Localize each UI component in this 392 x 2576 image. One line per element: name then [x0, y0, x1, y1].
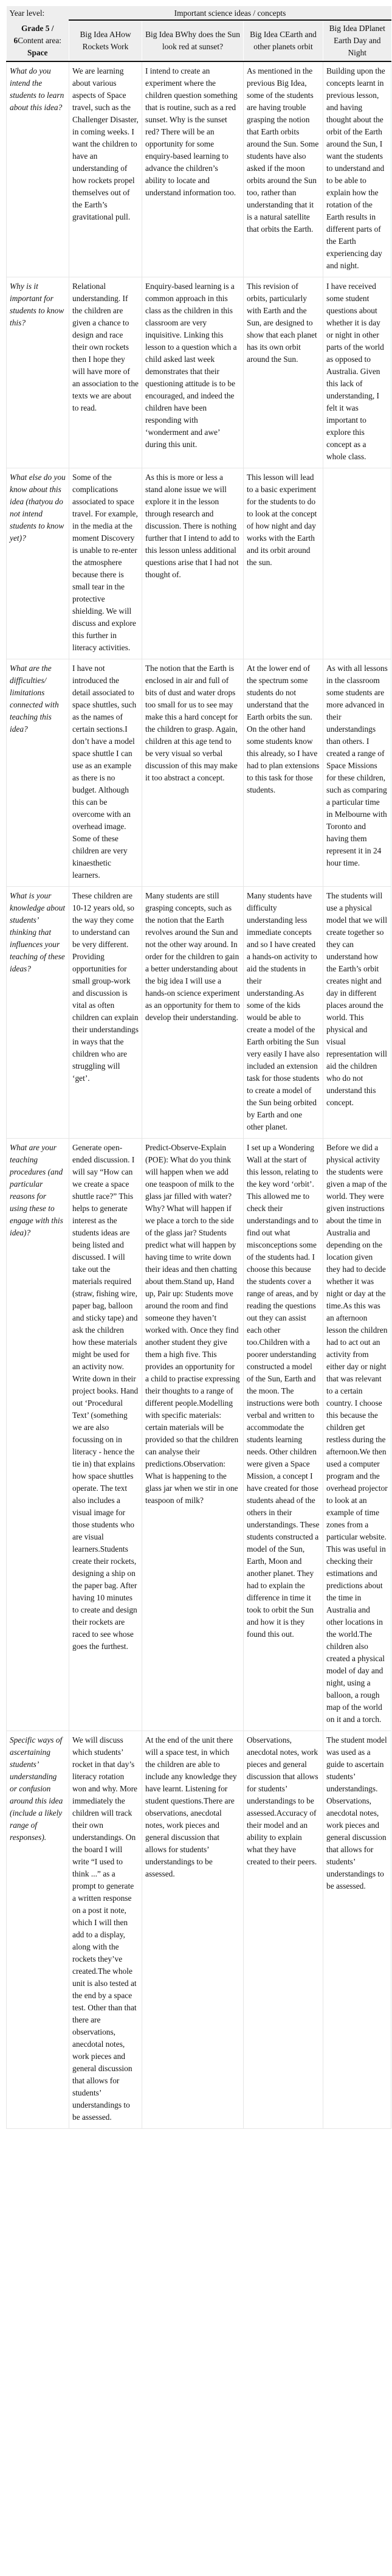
row-question: Specific ways of ascertaining students’ … [7, 1731, 69, 2129]
row-question: What is your knowledge about students’ t… [7, 887, 69, 1139]
concepts-heading: Important science ideas / concepts [69, 6, 391, 20]
cell-big-idea-c: As mentioned in the previous Big Idea, s… [244, 61, 323, 277]
big-idea-b-header: Big Idea BWhy does the Sun look red at s… [142, 20, 244, 61]
row-question: What else do you know about this idea (t… [7, 468, 69, 659]
cell-big-idea-d: Before we did a physical activity the st… [323, 1139, 391, 1731]
row-question: Why is it important for students to know… [7, 277, 69, 468]
table-row-intent: What do you intend the students to learn… [7, 61, 391, 277]
table-row-student-thinking: What is your knowledge about students’ t… [7, 887, 391, 1139]
cell-big-idea-d: The student model was used as a guide to… [323, 1731, 391, 2129]
row-question: What are the difficulties/ limitations c… [7, 659, 69, 887]
cell-big-idea-c: This lesson will lead to a basic experim… [244, 468, 323, 659]
cell-big-idea-b: At the end of the unit there will a spac… [142, 1731, 244, 2129]
cell-big-idea-d: I have received some student questions a… [323, 277, 391, 468]
cell-big-idea-d: Building upon the concepts learnt in pre… [323, 61, 391, 277]
cell-big-idea-b: As this is more or less a stand alone is… [142, 468, 244, 659]
cell-big-idea-a: We will discuss which students’ rocket i… [69, 1731, 142, 2129]
row-question: What do you intend the students to learn… [7, 61, 69, 277]
cell-big-idea-a: I have not introduced the detail associa… [69, 659, 142, 887]
cell-big-idea-d [323, 468, 391, 659]
row-question: What are your teaching procedures (and p… [7, 1139, 69, 1731]
cell-big-idea-a: These children are 10-12 years old, so t… [69, 887, 142, 1139]
cell-big-idea-c: Observations, anecdotal notes, work piec… [244, 1731, 323, 2129]
cell-big-idea-a: Some of the complications associated to … [69, 468, 142, 659]
content-area-label: Content area: [18, 36, 61, 45]
table-header: Year level: Important science ideas / co… [7, 6, 391, 61]
cell-big-idea-c: I set up a Wondering Wall at the start o… [244, 1139, 323, 1731]
cell-big-idea-a: Generate open-ended discussion. I will s… [69, 1139, 142, 1731]
cell-big-idea-c: At the lower end of the spectrum some st… [244, 659, 323, 887]
cell-big-idea-b: The notion that the Earth is enclosed in… [142, 659, 244, 887]
grade-content-area: Grade 5 / 6Content area:Space [7, 20, 69, 61]
table-row-procedures: What are your teaching procedures (and p… [7, 1139, 391, 1731]
cell-big-idea-a: We are learning about various aspects of… [69, 61, 142, 277]
cell-big-idea-c: Many students have difficulty understand… [244, 887, 323, 1139]
year-level-label: Year level: [7, 6, 69, 20]
table-row-importance: Why is it important for students to know… [7, 277, 391, 468]
table-row-difficulties: What are the difficulties/ limitations c… [7, 659, 391, 887]
cell-big-idea-b: I intend to create an experiment where t… [142, 61, 244, 277]
cell-big-idea-c: This revision of orbits, particularly wi… [244, 277, 323, 468]
big-idea-a-header: Big Idea AHow Rockets Work [69, 20, 142, 61]
cell-big-idea-a: Relational understanding. If the childre… [69, 277, 142, 468]
cell-big-idea-b: Predict-Observe-Explain (POE): What do y… [142, 1139, 244, 1731]
cell-big-idea-b: Many students are still grasping concept… [142, 887, 244, 1139]
cell-big-idea-d: The students will use a physical model t… [323, 887, 391, 1139]
table-row-what-else: What else do you know about this idea (t… [7, 468, 391, 659]
big-idea-d-header: Big Idea DPlanet Earth Day and Night [323, 20, 391, 61]
table-body: What do you intend the students to learn… [7, 61, 391, 2129]
table-row-assessment: Specific ways of ascertaining students’ … [7, 1731, 391, 2129]
lesson-planning-table: Year level: Important science ideas / co… [6, 6, 391, 2129]
big-idea-c-header: Big Idea CEarth and other planets orbit [244, 20, 323, 61]
cell-big-idea-d: As with all lessons in the classroom som… [323, 659, 391, 887]
content-area-value: Space [27, 48, 47, 57]
document-page: Year level: Important science ideas / co… [0, 0, 392, 2129]
cell-big-idea-b: Enquiry-based learning is a common appro… [142, 277, 244, 468]
